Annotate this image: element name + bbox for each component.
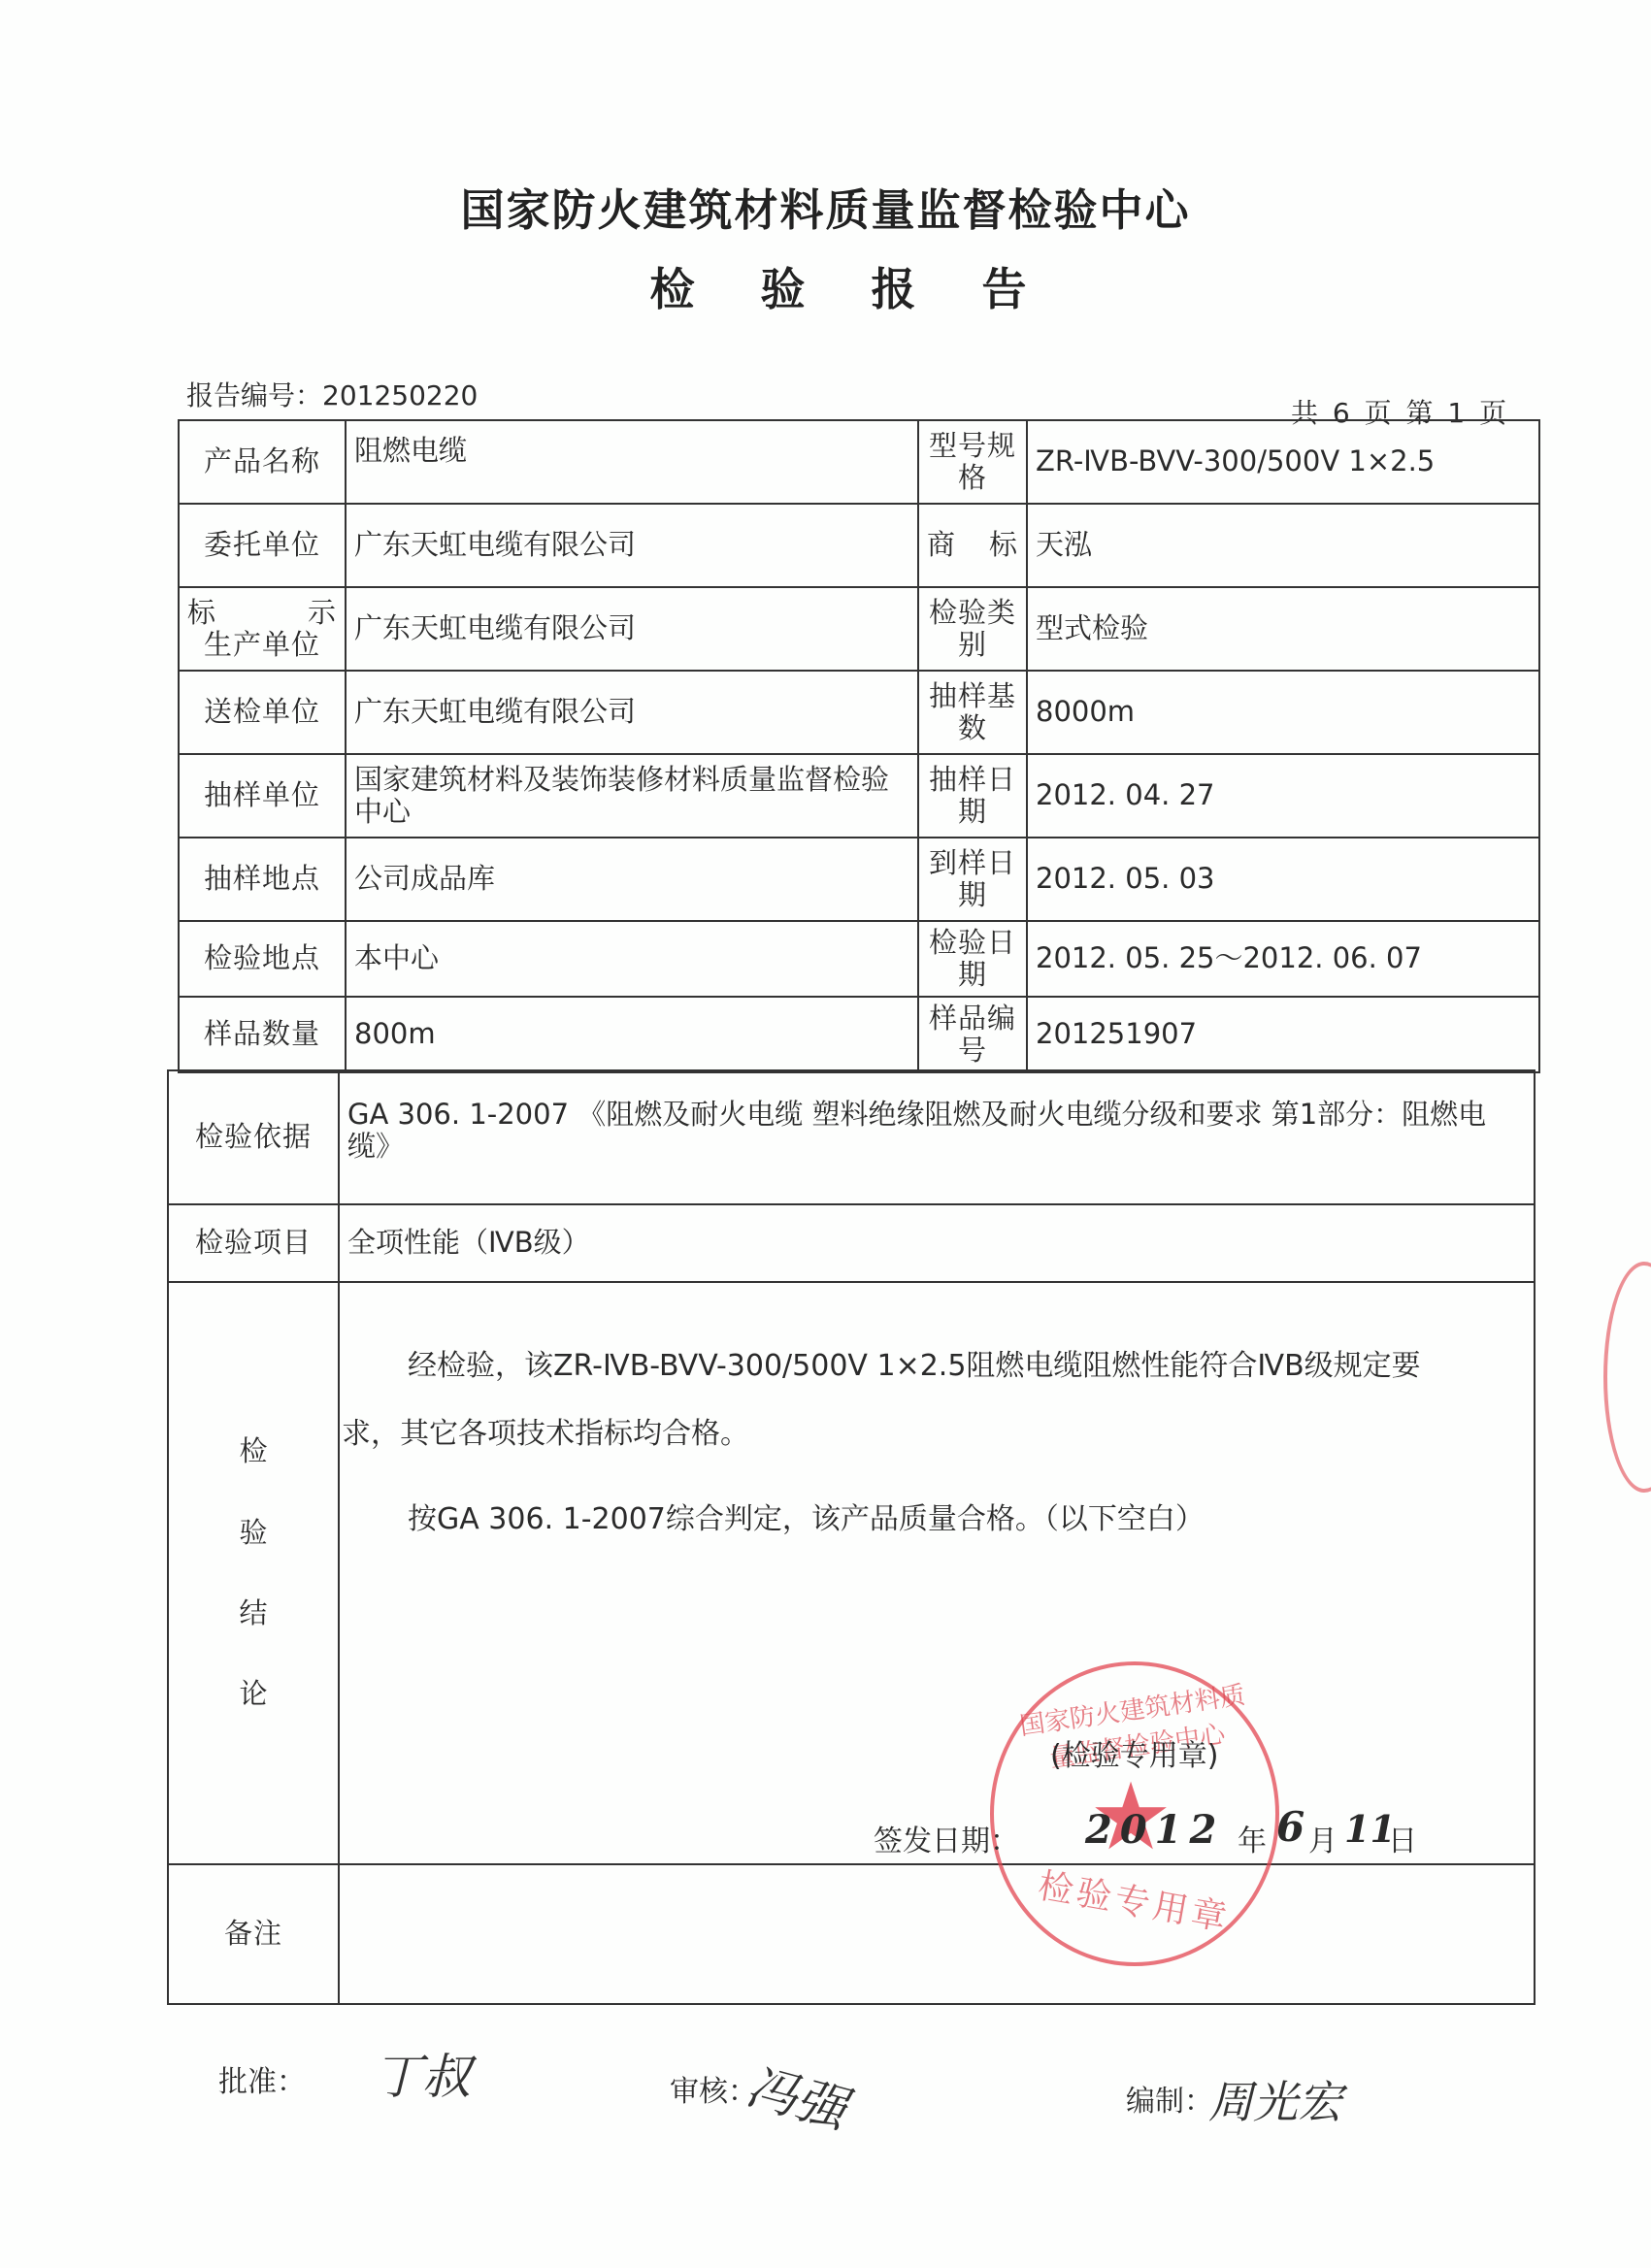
value-sample-no: 201251907 <box>1027 997 1539 1072</box>
label-basis: 检验依据 <box>168 1070 339 1204</box>
label-sampling-base: 抽样基数 <box>918 671 1027 754</box>
value-inspection-date: 2012. 05. 25～2012. 06. 07 <box>1027 921 1539 997</box>
label-arrival-date: 到样日期 <box>918 838 1027 921</box>
table-row: 标示 生产单位 广东天虹电缆有限公司 检验类别 型式检验 <box>179 587 1539 671</box>
label-sample-qty: 样品数量 <box>179 997 346 1072</box>
value-submitter: 广东天虹电缆有限公司 <box>346 671 918 754</box>
value-basis: GA 306. 1-2007 《阻燃及耐火电缆 塑料绝缘阻燃及耐火电缆分级和要求… <box>339 1070 1535 1204</box>
value-inspection-type: 型式检验 <box>1027 587 1539 671</box>
doc-title: 检 验 报 告 <box>0 254 1651 318</box>
value-sampling-base: 8000m <box>1027 671 1539 754</box>
value-items: 全项性能（ⅣB级） <box>339 1204 1535 1282</box>
seal-note: (检验专用章) <box>1050 1731 1218 1774</box>
value-model-spec: ZR-ⅣB-BVV-300/500V 1×2.5 <box>1027 420 1539 504</box>
label-items: 检验项目 <box>168 1204 339 1282</box>
label-inspection-type: 检验类别 <box>918 587 1027 671</box>
report-number: 报告编号：201250220 <box>186 375 478 413</box>
table-row: 抽样单位 国家建筑材料及装饰装修材料质量监督检验中心 抽样日期 2012. 04… <box>179 754 1539 838</box>
org-title: 国家防火建筑材料质量监督检验中心 <box>0 175 1651 238</box>
label-sample-no: 样品编号 <box>918 997 1027 1072</box>
approve-label: 批准： <box>218 2057 306 2100</box>
value-remarks <box>339 1864 1535 2004</box>
table-row: 备注 <box>168 1864 1535 2004</box>
value-sample-qty: 800m <box>346 997 918 1072</box>
info-table: 产品名称 阻燃电缆 型号规格 ZR-ⅣB-BVV-300/500V 1×2.5 … <box>178 419 1540 1073</box>
conclusion-table: 检验依据 GA 306. 1-2007 《阻燃及耐火电缆 塑料绝缘阻燃及耐火电缆… <box>167 1069 1535 2005</box>
table-row: 检验依据 GA 306. 1-2007 《阻燃及耐火电缆 塑料绝缘阻燃及耐火电缆… <box>168 1070 1535 1204</box>
label-sampling-date: 抽样日期 <box>918 754 1027 838</box>
value-arrival-date: 2012. 05. 03 <box>1027 838 1539 921</box>
day-unit: 日 <box>1388 1817 1417 1859</box>
month-unit: 月 <box>1308 1817 1337 1859</box>
conclusion-line-2: 求，其它各项技术指标均合格。 <box>342 1409 749 1452</box>
report-number-label: 报告编号： <box>186 379 322 411</box>
table-row: 产品名称 阻燃电缆 型号规格 ZR-ⅣB-BVV-300/500V 1×2.5 <box>179 420 1539 504</box>
table-row: 送检单位 广东天虹电缆有限公司 抽样基数 8000m <box>179 671 1539 754</box>
conclusion-line-3: 按GA 306. 1-2007综合判定，该产品质量合格。（以下空白） <box>408 1495 1205 1537</box>
value-inspection-place: 本中心 <box>346 921 918 997</box>
issue-date-label: 签发日期： <box>874 1817 1019 1859</box>
table-row: 检验项目 全项性能（ⅣB级） <box>168 1204 1535 1282</box>
value-sampling-place: 公司成品库 <box>346 838 918 921</box>
issue-year: 2012 <box>1085 1807 1224 1853</box>
year-unit: 年 <box>1238 1817 1267 1859</box>
value-sampling-date: 2012. 04. 27 <box>1027 754 1539 838</box>
value-trademark: 天泓 <box>1027 504 1539 587</box>
label-conclusion: 检 验 结 论 <box>168 1282 339 1864</box>
label-model-spec: 型号规格 <box>918 420 1027 504</box>
table-row: 检验地点 本中心 检验日期 2012. 05. 25～2012. 06. 07 <box>179 921 1539 997</box>
value-product-name: 阻燃电缆 <box>346 420 918 504</box>
label-inspection-date: 检验日期 <box>918 921 1027 997</box>
table-row: 抽样地点 公司成品库 到样日期 2012. 05. 03 <box>179 838 1539 921</box>
label-sampling-place: 抽样地点 <box>179 838 346 921</box>
compile-label: 编制： <box>1126 2077 1213 2120</box>
edge-stamp-fragment <box>1603 1262 1651 1493</box>
value-sampling-unit: 国家建筑材料及装饰装修材料质量监督检验中心 <box>346 754 918 838</box>
value-client: 广东天虹电缆有限公司 <box>346 504 918 587</box>
approve-signature: 丁叔 <box>374 2038 471 2108</box>
compile-signature: 周光宏 <box>1208 2067 1342 2131</box>
review-signature: 冯强 <box>740 2046 856 2142</box>
value-manufacturer: 广东天虹电缆有限公司 <box>346 587 918 671</box>
label-manufacturer: 标示 生产单位 <box>179 587 346 671</box>
report-number-value: 201250220 <box>322 379 478 411</box>
table-row: 委托单位 广东天虹电缆有限公司 商标 天泓 <box>179 504 1539 587</box>
issue-month: 6 <box>1276 1803 1304 1851</box>
label-remarks: 备注 <box>168 1864 339 2004</box>
label-inspection-place: 检验地点 <box>179 921 346 997</box>
label-product-name: 产品名称 <box>179 420 346 504</box>
label-submitter: 送检单位 <box>179 671 346 754</box>
label-trademark: 商标 <box>918 504 1027 587</box>
conclusion-line-1: 经检验，该ZR-ⅣB-BVV-300/500V 1×2.5阻燃电缆阻燃性能符合Ⅳ… <box>408 1341 1421 1384</box>
label-sampling-unit: 抽样单位 <box>179 754 346 838</box>
table-row: 样品数量 800m 样品编号 201251907 <box>179 997 1539 1072</box>
label-client: 委托单位 <box>179 504 346 587</box>
